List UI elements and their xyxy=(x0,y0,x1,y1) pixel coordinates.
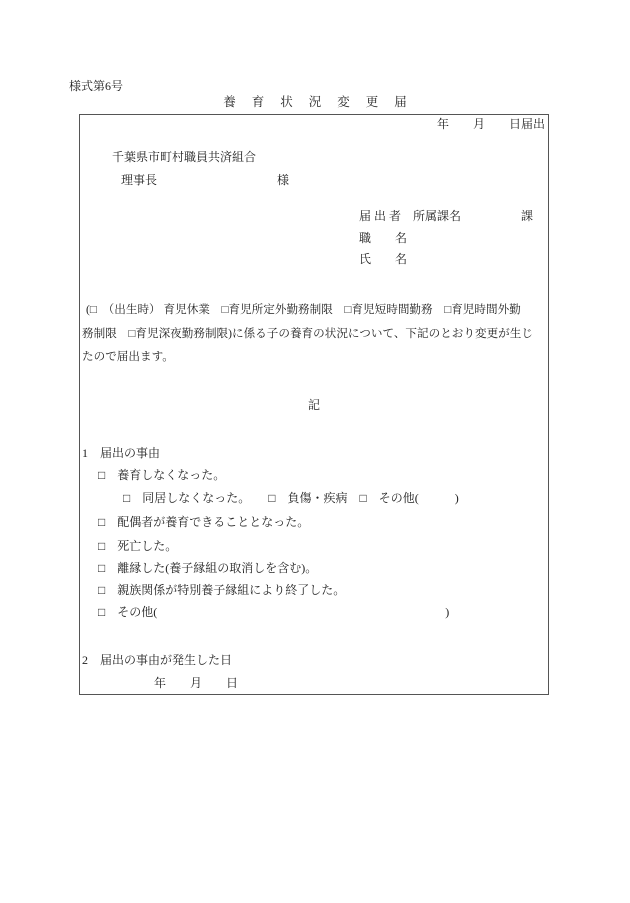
intro-line-3: たので届出ます。 xyxy=(82,345,546,369)
section2-date-line: 年 月 日 xyxy=(154,676,238,691)
document-page: 様式第6号 養育状況変更届 年 月 日届出 千葉県市町村職員共済組合 理事長 様… xyxy=(0,0,630,903)
checkbox-item-label: 負傷・疾病 xyxy=(276,491,360,505)
checkbox-item-label: 離縁した(養子縁組の取消しを含む)。 xyxy=(105,561,317,575)
checkbox-item-dissolution: □ 離縁した(養子縁組の取消しを含む)。 xyxy=(98,561,317,576)
form-border-box: 年 月 日届出 千葉県市町村職員共済組合 理事長 様 届 出 者 所属課名 課 … xyxy=(79,114,549,695)
checkbox-icon[interactable]: □ xyxy=(360,491,367,505)
checkbox-icon[interactable]: □ xyxy=(268,491,275,505)
checkbox-item-label: 同居しなくなった。 xyxy=(130,491,268,505)
ki-heading: 記 xyxy=(80,398,548,413)
intro-paragraph: (□ （出生時） 育児休業 □育児所定外勤務制限 □育児短時間勤務 □育児時間外… xyxy=(82,298,546,369)
checkbox-item-spouse-can-raise: □ 配偶者が養育できることとなった。 xyxy=(98,515,309,530)
reporter-name-line: 氏 名 xyxy=(359,252,407,267)
organization-name: 千葉県市町村職員共済組合 xyxy=(112,150,256,165)
checkbox-item-no-longer-raising: □ 養育しなくなった。 xyxy=(98,468,225,483)
intro-line-1: (□ （出生時） 育児休業 □育児所定外勤務制限 □育児短時間勤務 □育児時間外… xyxy=(82,298,546,322)
checkbox-item-label: 配偶者が養育できることとなった。 xyxy=(105,515,309,529)
checkbox-item-label: 養育しなくなった。 xyxy=(105,468,225,482)
document-title: 養育状況変更届 xyxy=(0,92,630,110)
addressee-line: 理事長 様 xyxy=(121,173,289,188)
checkbox-item-label: その他( ) xyxy=(367,491,459,505)
checkbox-item-label: 死亡した。 xyxy=(105,539,177,553)
checkbox-item-other: □ その他( ) xyxy=(98,605,449,620)
reporter-department-line: 届 出 者 所属課名 課 xyxy=(359,209,533,224)
submission-date-line: 年 月 日届出 xyxy=(437,117,545,132)
intro-line-2: 務制限 □育児深夜勤務制限)に係る子の養育の状況について、下記のとおり変更が生じ xyxy=(82,322,546,346)
checkbox-item-special-adoption-ended: □ 親族関係が特別養子縁組により終了した。 xyxy=(98,583,345,598)
section1-heading: 1 届出の事由 xyxy=(82,446,160,461)
checkbox-item-sub-reasons: □ 同居しなくなった。 □ 負傷・疾病 □ その他( ) xyxy=(123,491,459,506)
checkbox-item-label: 親族関係が特別養子縁組により終了した。 xyxy=(105,583,345,597)
checkbox-item-label: その他( ) xyxy=(105,605,449,619)
section2-heading: 2 届出の事由が発生した日 xyxy=(82,653,232,668)
reporter-jobtitle-line: 職 名 xyxy=(359,231,407,246)
checkbox-item-deceased: □ 死亡した。 xyxy=(98,539,177,554)
